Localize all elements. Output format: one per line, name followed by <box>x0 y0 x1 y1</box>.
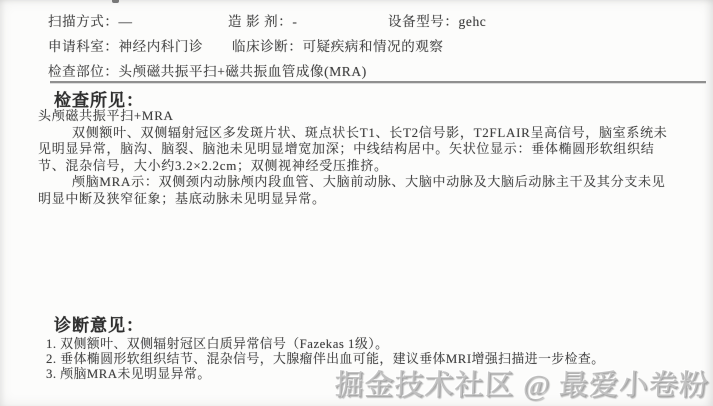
field-scan-method: 扫描方式：— <box>48 10 133 30</box>
field-exam-region-label: 检查部位： <box>48 64 119 79</box>
field-request-department-value: 神经内科门诊 <box>119 39 204 54</box>
findings-line-modality: 头颅磁共振平扫+MRA <box>38 108 668 125</box>
findings-paragraph-mri: 双侧额叶、双侧辐射冠区多发斑片状、斑点状长T1、长T2信号影，T2FLAIR呈高… <box>38 125 668 175</box>
findings-body: 头颅磁共振平扫+MRA 双侧额叶、双侧辐射冠区多发斑片状、斑点状长T1、长T2信… <box>38 108 668 207</box>
watermark-text: 掘金技术社区 @ 最爱小卷粉 <box>334 363 710 404</box>
field-exam-region-value: 头颅磁共振平扫+磁共振血管成像(MRA) <box>119 64 367 79</box>
diagnosis-heading: 诊断意见： <box>54 311 144 336</box>
field-contrast-agent: 造 影 剂：- <box>228 10 297 30</box>
diagnosis-item-1: 1. 双侧额叶、双侧辐射冠区白质异常信号（Fazekas 1级）。 <box>46 337 696 352</box>
findings-paragraph-mra: 颅脑MRA示：双侧颈内动脉颅内段血管、大脑前动脉、大脑中动脉及大脑后动脉主干及其… <box>38 174 668 207</box>
field-clinical-diagnosis: 临床诊断：可疑疾病和情况的观察 <box>232 35 444 55</box>
field-exam-region: 检查部位：头颅磁共振平扫+磁共振血管成像(MRA) <box>48 60 367 80</box>
field-clinical-diagnosis-value: 可疑疾病和情况的观察 <box>303 39 444 54</box>
field-device-model-value: gehc <box>459 14 487 29</box>
field-scan-method-value: — <box>119 14 133 29</box>
field-request-department-label: 申请科室： <box>48 39 119 54</box>
field-scan-method-label: 扫描方式： <box>48 14 119 29</box>
field-device-model: 设备型号：gehc <box>388 10 486 30</box>
field-contrast-agent-value: - <box>292 14 297 29</box>
field-device-model-label: 设备型号： <box>388 14 459 29</box>
field-clinical-diagnosis-label: 临床诊断： <box>232 39 303 54</box>
medical-report-page: 扫描方式：— 造 影 剂：- 设备型号：gehc 申请科室：神经内科门诊 临床诊… <box>0 0 713 406</box>
header-separator-line <box>50 81 706 84</box>
field-contrast-agent-label: 造 影 剂： <box>228 14 292 29</box>
scan-artifact-mark <box>112 0 119 3</box>
field-request-department: 申请科室：神经内科门诊 <box>48 35 203 55</box>
